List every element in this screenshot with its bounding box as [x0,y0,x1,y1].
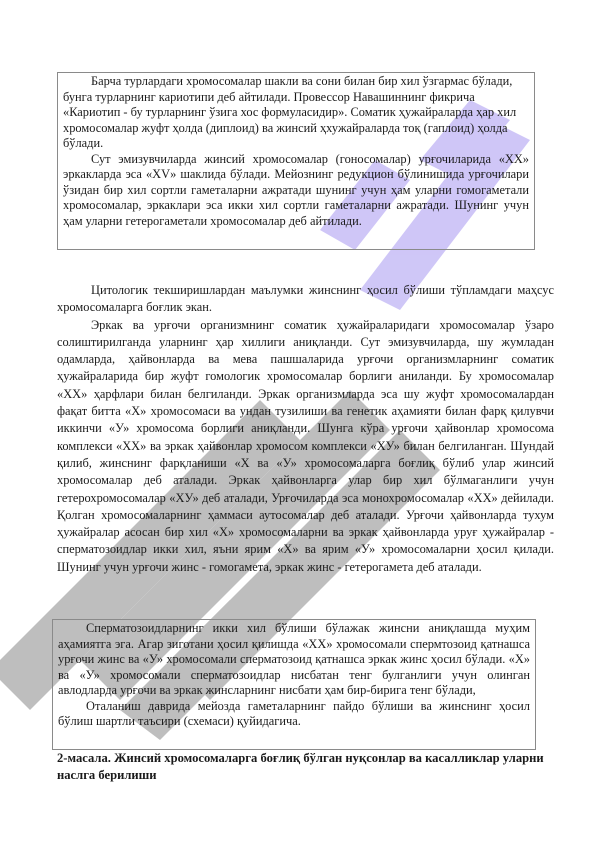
paragraph: Барча турлардаги хромосомалар шакли ва с… [63,74,529,152]
info-box-karyotype: Барча турлардаги хромосомалар шакли ва с… [57,72,535,250]
paragraph: Эркак ва урғочи организмнинг соматик ҳуж… [57,317,554,576]
paragraph: Сперматозоидларнинг икки хил бўлиши бўла… [58,621,530,699]
info-box-sperm: Сперматозоидларнинг икки хил бўлиши бўла… [52,619,536,750]
paragraph: Цитологик текширишлардан маълумки жинсни… [57,282,554,317]
paragraph: Оталаниш даврида мейозда гаметаларнинг п… [58,699,530,730]
paragraph: Сут эмизувчиларда жинсий хромосомалар (г… [63,152,529,230]
section-heading: 2-масала. Жинсий хромосомаларга боғлиқ б… [57,750,557,783]
main-text: Цитологик текширишлардан маълумки жинсни… [57,282,554,576]
